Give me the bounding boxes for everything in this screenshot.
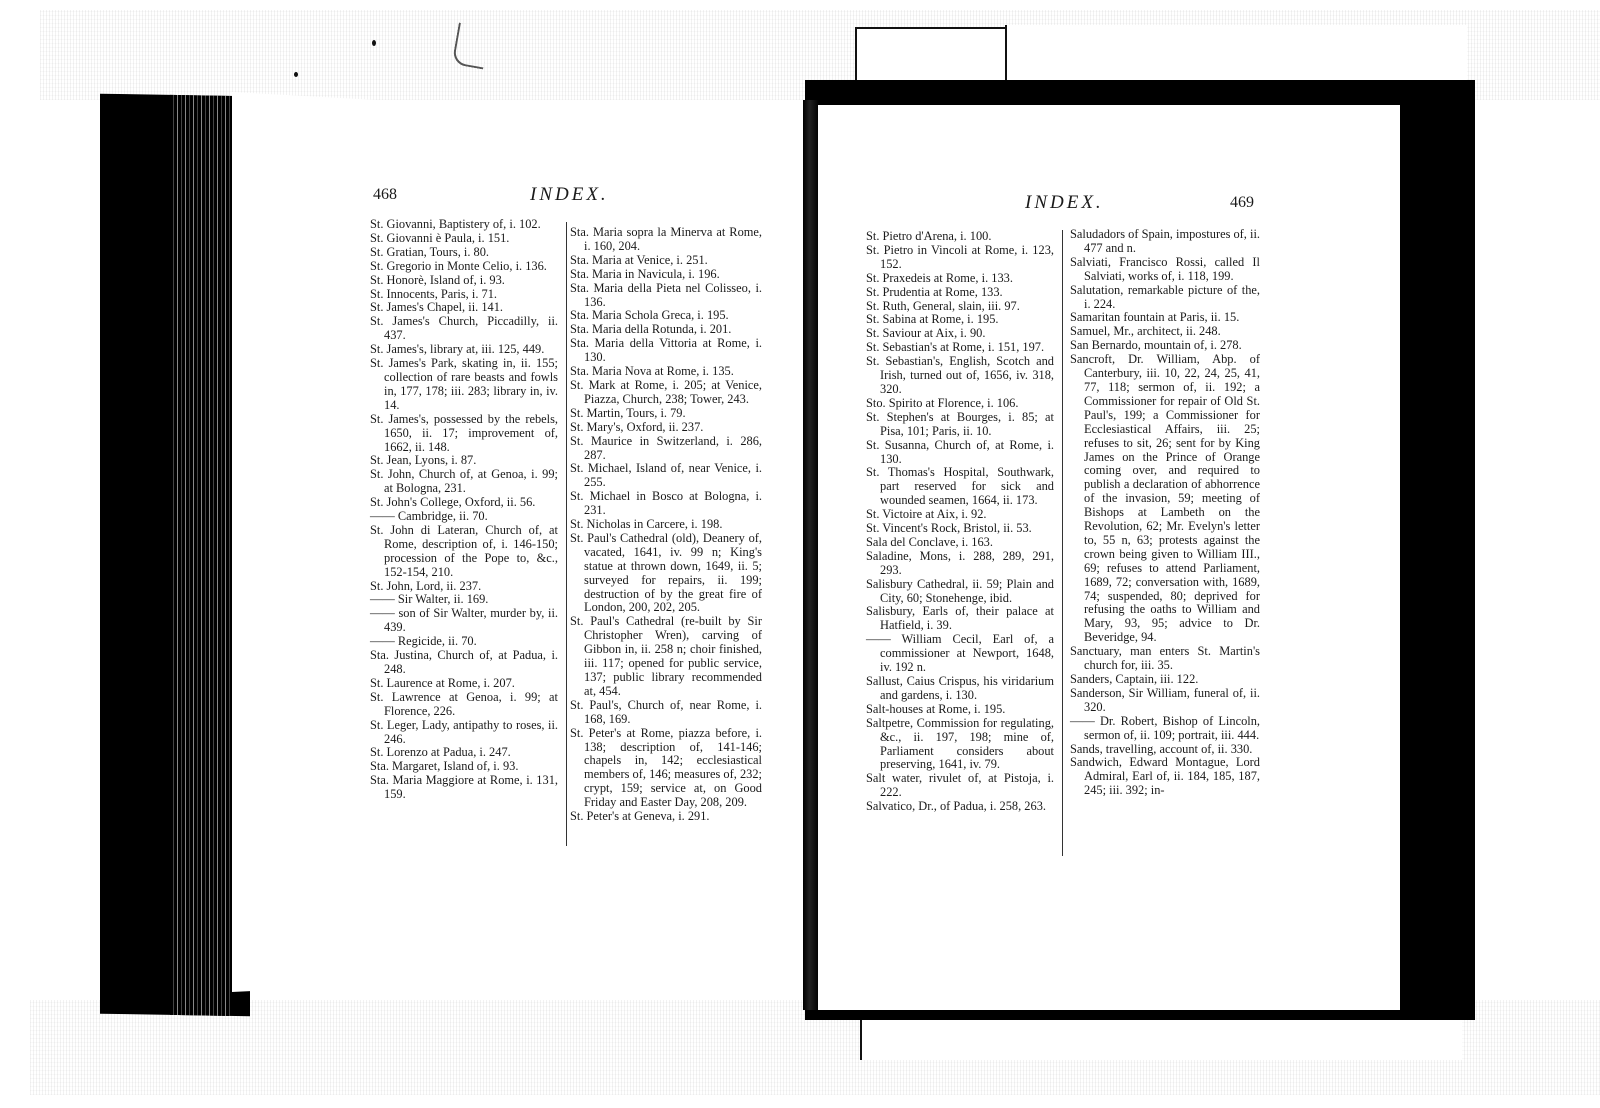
index-entry: Sallust, Caius Crispus, his viridarium a… xyxy=(866,675,1054,703)
index-entry: San Bernardo, mountain of, i. 278. xyxy=(1070,339,1260,353)
index-entry: St. John's College, Oxford, ii. 56. xyxy=(370,496,558,510)
index-entry: Sta. Maria at Venice, i. 251. xyxy=(570,254,762,268)
index-entry: Sta. Maria della Rotunda, i. 201. xyxy=(570,323,762,337)
index-entry: —— Sir Walter, ii. 169. xyxy=(370,593,558,607)
book-flap-top-right xyxy=(1005,25,1467,80)
index-entry: St. Prudentia at Rome, 133. xyxy=(866,286,1054,300)
index-entry: St. James's, library at, iii. 125, 449. xyxy=(370,343,558,357)
index-entry: St. James's Chapel, ii. 141. xyxy=(370,301,558,315)
left-page-column-1: St. Giovanni, Baptistery of, i. 102.St. … xyxy=(370,218,558,802)
index-entry: —— Cambridge, ii. 70. xyxy=(370,510,558,524)
ink-blemish xyxy=(294,72,298,77)
index-entry: St. Lawrence at Genoa, i. 99; at Florenc… xyxy=(370,691,558,719)
index-entry: St. Laurence at Rome, i. 207. xyxy=(370,677,558,691)
right-page-column-2: Saludadors of Spain, impostures of, ii. … xyxy=(1070,228,1260,798)
index-entry: St. Michael, Island of, near Venice, i. … xyxy=(570,462,762,490)
index-entry: Sta. Margaret, Island of, i. 93. xyxy=(370,760,558,774)
index-entry: —— Regicide, ii. 70. xyxy=(370,635,558,649)
running-head-right: INDEX. xyxy=(1025,192,1104,214)
index-entry: St. Lorenzo at Padua, i. 247. xyxy=(370,746,558,760)
index-entry: St. Paul's, Church of, near Rome, i. 168… xyxy=(570,699,762,727)
index-entry: St. Mark at Rome, i. 205; at Venice, Pia… xyxy=(570,379,762,407)
index-entry: Saladine, Mons, i. 288, 289, 291, 293. xyxy=(866,550,1054,578)
index-entry: St. Martin, Tours, i. 79. xyxy=(570,407,762,421)
index-entry: St. Praxedeis at Rome, i. 133. xyxy=(866,272,1054,286)
index-entry: Sanders, Captain, iii. 122. xyxy=(1070,673,1260,687)
index-entry: St. Stephen's at Bourges, i. 85; at Pisa… xyxy=(866,411,1054,439)
index-entry: St. James's Park, skating in, ii. 155; c… xyxy=(370,357,558,413)
index-entry: —— William Cecil, Earl of, a commissione… xyxy=(866,633,1054,675)
index-entry: St. Thomas's Hospital, Southwark, part r… xyxy=(866,466,1054,508)
running-head-left: INDEX. xyxy=(530,184,609,206)
index-entry: St. Susanna, Church of, at Rome, i. 130. xyxy=(866,439,1054,467)
index-entry: Sandwich, Edward Montague, Lord Admiral,… xyxy=(1070,756,1260,798)
index-entry: Sta. Maria sopra la Minerva at Rome, i. … xyxy=(570,226,762,254)
page-number-left: 468 xyxy=(373,186,397,204)
book-spine xyxy=(803,100,819,1010)
index-entry: Sands, travelling, account of, ii. 330. xyxy=(1070,743,1260,757)
index-entry: Salviati, Francisco Rossi, called Il Sal… xyxy=(1070,256,1260,284)
index-entry: St. Giovanni è Paula, i. 151. xyxy=(370,232,558,246)
index-entry: St. Peter's at Geneva, i. 291. xyxy=(570,810,762,824)
index-entry: St. Sebastian's, English, Scotch and Iri… xyxy=(866,355,1054,397)
index-entry: Sta. Maria della Vittoria at Rome, i. 13… xyxy=(570,337,762,365)
left-page-column-2: Sta. Maria sopra la Minerva at Rome, i. … xyxy=(570,226,762,824)
index-entry: St. Leger, Lady, antipathy to roses, ii.… xyxy=(370,719,558,747)
index-entry: St. John, Lord, ii. 237. xyxy=(370,580,558,594)
index-entry: St. Nicholas in Carcere, i. 198. xyxy=(570,518,762,532)
right-page-column-1: St. Pietro d'Arena, i. 100.St. Pietro in… xyxy=(866,230,1054,814)
index-entry: Sanderson, Sir William, funeral of, ii. … xyxy=(1070,687,1260,715)
index-entry: St. Pietro d'Arena, i. 100. xyxy=(866,230,1054,244)
index-entry: St. Victoire at Aix, i. 92. xyxy=(866,508,1054,522)
index-entry: Sta. Maria della Pieta nel Colisseo, i. … xyxy=(570,282,762,310)
index-entry: St. Honorè, Island of, i. 93. xyxy=(370,274,558,288)
ink-blemish xyxy=(372,40,376,46)
index-entry: St. Sebastian's at Rome, i. 151, 197. xyxy=(866,341,1054,355)
index-entry: St. Ruth, General, slain, iii. 97. xyxy=(866,300,1054,314)
book-flap-bottom xyxy=(860,1020,1462,1060)
column-rule-left xyxy=(566,222,567,846)
index-entry: St. Peter's at Rome, piazza before, i. 1… xyxy=(570,727,762,810)
index-entry: St. Gratian, Tours, i. 80. xyxy=(370,246,558,260)
index-entry: St. John di Lateran, Church of, at Rome,… xyxy=(370,524,558,580)
index-entry: St. Saviour at Aix, i. 90. xyxy=(866,327,1054,341)
index-entry: St. John, Church of, at Genoa, i. 99; at… xyxy=(370,468,558,496)
index-entry: Saltpetre, Commission for regulating, &c… xyxy=(866,717,1054,773)
index-entry: St. Sabina at Rome, i. 195. xyxy=(866,313,1054,327)
index-entry: Salvatico, Dr., of Padua, i. 258, 263. xyxy=(866,800,1054,814)
index-entry: Sta. Maria in Navicula, i. 196. xyxy=(570,268,762,282)
page-number-right: 469 xyxy=(1230,194,1254,212)
index-entry: Salisbury, Earls of, their palace at Hat… xyxy=(866,605,1054,633)
index-entry: Salutation, remarkable picture of the, i… xyxy=(1070,284,1260,312)
index-entry: St. Paul's Cathedral (re-built by Sir Ch… xyxy=(570,615,762,698)
index-entry: St. Pietro in Vincoli at Rome, i. 123, 1… xyxy=(866,244,1054,272)
book-edge-left xyxy=(100,94,250,1017)
index-entry: Sta. Maria Schola Greca, i. 195. xyxy=(570,309,762,323)
index-entry: Salt water, rivulet of, at Pistoja, i. 2… xyxy=(866,772,1054,800)
index-entry: —— son of Sir Walter, murder by, ii. 439… xyxy=(370,607,558,635)
index-entry: Samuel, Mr., architect, ii. 248. xyxy=(1070,325,1260,339)
index-entry: St. Mary's, Oxford, ii. 237. xyxy=(570,421,762,435)
index-entry: St. Maurice in Switzerland, i. 286, 287. xyxy=(570,435,762,463)
index-entry: Samaritan fountain at Paris, ii. 15. xyxy=(1070,311,1260,325)
index-entry: St. Michael in Bosco at Bologna, i. 231. xyxy=(570,490,762,518)
index-entry: St. James's, possessed by the rebels, 16… xyxy=(370,413,558,455)
index-entry: St. Innocents, Paris, i. 71. xyxy=(370,288,558,302)
index-entry: St. Paul's Cathedral (old), Deanery of, … xyxy=(570,532,762,615)
column-rule-right xyxy=(1062,230,1063,856)
index-entry: St. Jean, Lyons, i. 87. xyxy=(370,454,558,468)
index-entry: Sanctuary, man enters St. Martin's churc… xyxy=(1070,645,1260,673)
index-entry: Sta. Maria Maggiore at Rome, i. 131, 159… xyxy=(370,774,558,802)
index-entry: St. James's Church, Piccadilly, ii. 437. xyxy=(370,315,558,343)
index-entry: Salt-houses at Rome, i. 195. xyxy=(866,703,1054,717)
index-entry: Sta. Justina, Church of, at Padua, i. 24… xyxy=(370,649,558,677)
index-entry: Sta. Maria Nova at Rome, i. 135. xyxy=(570,365,762,379)
index-entry: Salisbury Cathedral, ii. 59; Plain and C… xyxy=(866,578,1054,606)
index-entry: Sala del Conclave, i. 163. xyxy=(866,536,1054,550)
book-flap-top xyxy=(855,27,1009,84)
index-entry: St. Vincent's Rock, Bristol, ii. 53. xyxy=(866,522,1054,536)
index-entry: Sancroft, Dr. William, Abp. of Canterbur… xyxy=(1070,353,1260,645)
index-entry: St. Gregorio in Monte Celio, i. 136. xyxy=(370,260,558,274)
index-entry: Sto. Spirito at Florence, i. 106. xyxy=(866,397,1054,411)
index-entry: Saludadors of Spain, impostures of, ii. … xyxy=(1070,228,1260,256)
index-entry: —— Dr. Robert, Bishop of Lincoln, sermon… xyxy=(1070,715,1260,743)
index-entry: St. Giovanni, Baptistery of, i. 102. xyxy=(370,218,558,232)
